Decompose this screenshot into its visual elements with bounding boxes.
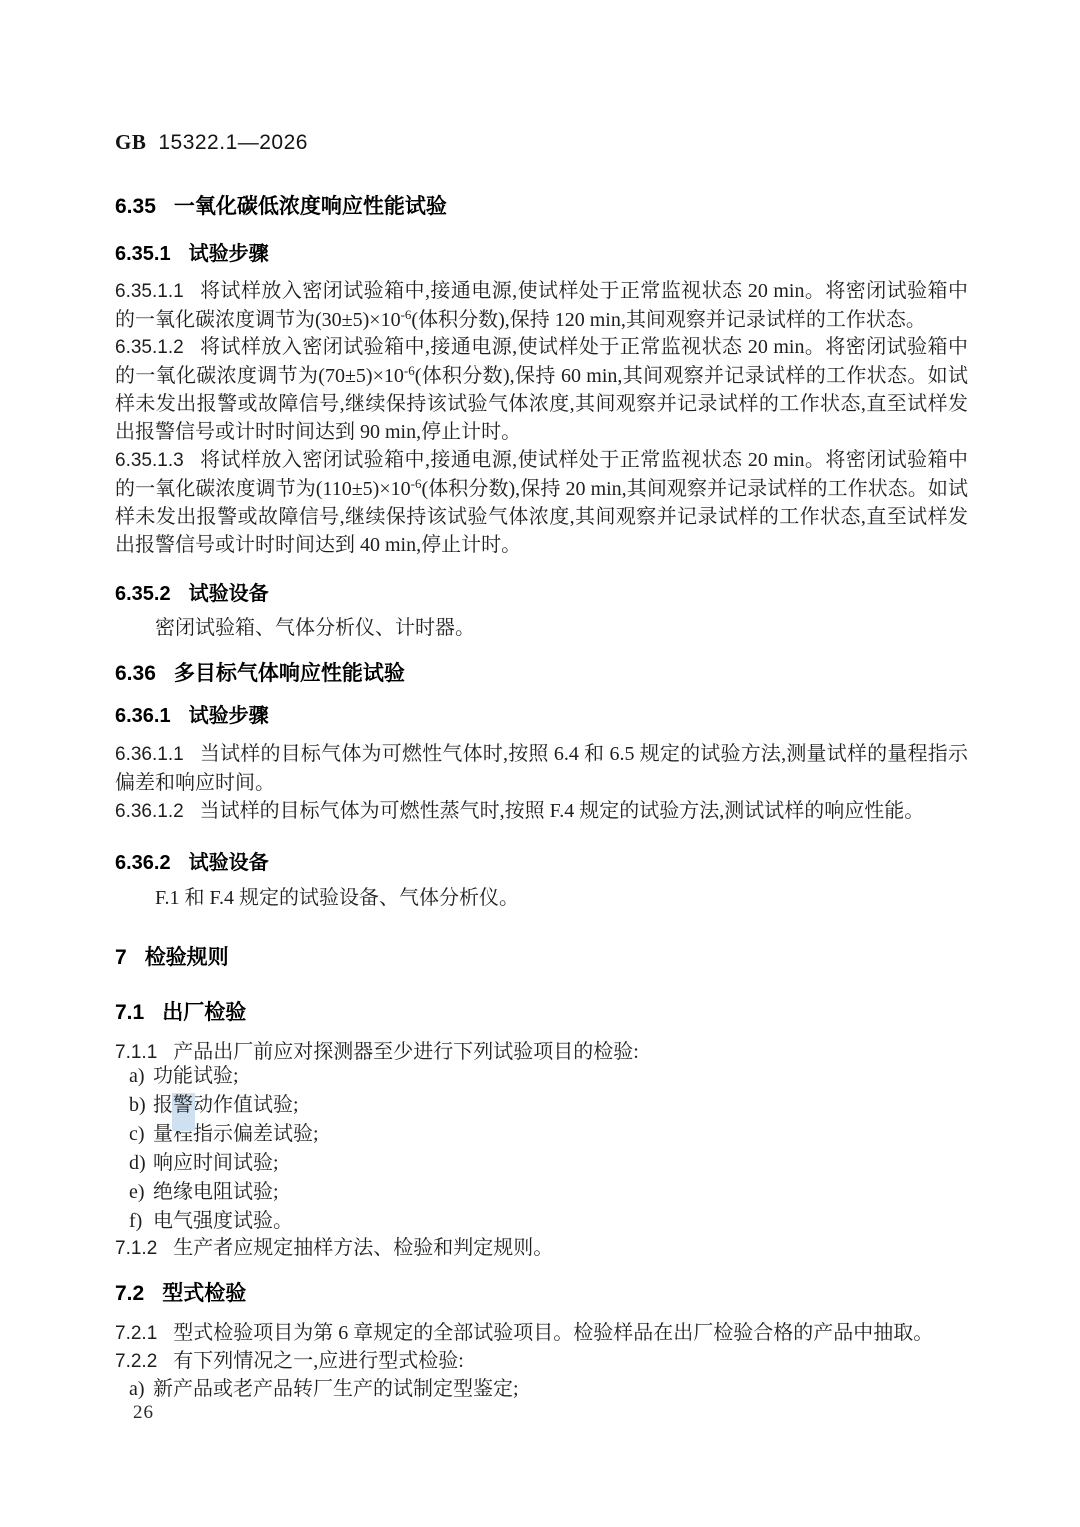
clause-text: 型式检验项目为第 6 章规定的全部试验项目。检验样品在出厂检验合格的产品中抽取。 xyxy=(173,1322,933,1344)
superscript-exponent: -6 xyxy=(404,363,415,378)
clause-title: 试验步骤 xyxy=(189,243,269,265)
list-item-e: e)绝缘电阻试验; xyxy=(115,1178,968,1207)
highlighted-character: 警 xyxy=(173,1094,193,1116)
doc-code-prefix: GB xyxy=(115,130,146,154)
clause-text: (体积分数),保持 120 min,其间观察并记录试样的工作状态。 xyxy=(411,309,925,331)
list-text: 绝缘电阻试验; xyxy=(153,1181,279,1203)
clause-number: 7.1.2 xyxy=(115,1238,157,1259)
list-marker: e) xyxy=(129,1178,153,1207)
clause-6-36-1-1: 6.36.1.1当试样的目标气体为可燃性气体时,按照 6.4 和 6.5 规定的… xyxy=(115,740,968,797)
clause-6-36-2-text: F.1 和 F.4 规定的试验设备、气体分析仪。 xyxy=(115,884,968,912)
clause-number: 7.2.2 xyxy=(115,1351,157,1372)
clause-number: 7.2 xyxy=(115,1282,144,1305)
list-marker: d) xyxy=(129,1149,153,1178)
clause-number: 6.36 xyxy=(115,662,156,685)
heading-7-2: 7.2型式检验 xyxy=(115,1277,968,1307)
clause-text: 当试样的目标气体为可燃性气体时,按照 6.4 和 6.5 规定的试验方法,测量试… xyxy=(115,743,968,794)
list-marker: b) xyxy=(129,1091,153,1120)
list-marker: f) xyxy=(129,1207,153,1236)
superscript-exponent: -6 xyxy=(401,307,412,322)
heading-6-36-2: 6.36.2试验设备 xyxy=(115,846,968,875)
clause-number: 6.36.1 xyxy=(115,705,171,727)
clause-text: 生产者应规定抽样方法、检验和判定规则。 xyxy=(173,1237,553,1259)
clause-7-2-1: 7.2.1型式检验项目为第 6 章规定的全部试验项目。检验样品在出厂检验合格的产… xyxy=(115,1319,968,1348)
clause-text: 有下列情况之一,应进行型式检验: xyxy=(173,1350,464,1372)
list-7-1-1: a)功能试验; b)报警动作值试验; c)量程指示偏差试验; d)响应时间试验;… xyxy=(115,1062,968,1236)
heading-6-35-2: 6.35.2试验设备 xyxy=(115,577,968,606)
clause-number: 6.35.1.3 xyxy=(115,450,184,471)
clause-text: F.1 和 F.4 规定的试验设备、气体分析仪。 xyxy=(155,887,519,909)
doc-code: GB15322.1—2026 xyxy=(115,130,968,155)
clause-title: 试验设备 xyxy=(189,852,269,874)
clause-number: 7 xyxy=(115,946,127,969)
list-marker: c) xyxy=(129,1120,153,1149)
list-text-pre: 报 xyxy=(153,1094,173,1116)
clause-title: 试验步骤 xyxy=(189,705,269,727)
clause-number: 6.36.2 xyxy=(115,852,171,874)
page-number: 26 xyxy=(133,1402,233,1424)
clause-number: 6.35.1.1 xyxy=(115,281,184,302)
list-item-a: a)功能试验; xyxy=(115,1062,968,1091)
clause-number: 7.1 xyxy=(115,1001,144,1024)
clause-title: 一氧化碳低浓度响应性能试验 xyxy=(174,195,447,218)
superscript-exponent: -6 xyxy=(411,476,422,491)
clause-number: 6.35.2 xyxy=(115,583,171,605)
clause-text: 密闭试验箱、气体分析仪、计时器。 xyxy=(155,617,475,639)
list-item-b: b)报警动作值试验; xyxy=(115,1091,968,1120)
clause-number: 7.2.1 xyxy=(115,1323,157,1344)
clause-number: 6.35 xyxy=(115,195,156,218)
heading-7: 7检验规则 xyxy=(115,941,968,971)
list-item-f: f)电气强度试验。 xyxy=(115,1207,968,1236)
clause-6-35-1-2: 6.35.1.2将试样放入密闭试验箱中,接通电源,使试样处于正常监视状态 20 … xyxy=(115,333,968,446)
heading-6-36: 6.36多目标气体响应性能试验 xyxy=(115,657,968,687)
list-text-post: 动作值试验; xyxy=(193,1094,299,1116)
clause-text: 当试样的目标气体为可燃性蒸气时,按照 F.4 规定的试验方法,测试试样的响应性能… xyxy=(200,800,925,822)
list-text: 响应时间试验; xyxy=(153,1152,279,1174)
list-text: 报警动作值试验; xyxy=(153,1094,299,1116)
clause-number: 6.35.1.2 xyxy=(115,337,184,358)
clause-6-35-1-1: 6.35.1.1将试样放入密闭试验箱中,接通电源,使试样处于正常监视状态 20 … xyxy=(115,277,968,334)
clause-6-36-1-2: 6.36.1.2当试样的目标气体为可燃性蒸气时,按照 F.4 规定的试验方法,测… xyxy=(115,797,968,826)
clause-number: 7.1.1 xyxy=(115,1042,157,1063)
clause-title: 试验设备 xyxy=(189,583,269,605)
clause-number: 6.35.1 xyxy=(115,243,171,265)
clause-title: 出厂检验 xyxy=(162,1001,246,1024)
clause-title: 多目标气体响应性能试验 xyxy=(174,662,405,685)
list-item-d: d)响应时间试验; xyxy=(115,1149,968,1178)
heading-6-35: 6.35一氧化碳低浓度响应性能试验 xyxy=(115,190,968,220)
clause-number: 6.36.1.1 xyxy=(115,744,184,765)
clause-number: 6.36.1.2 xyxy=(115,801,184,822)
list-text: 电气强度试验。 xyxy=(153,1210,293,1232)
clause-6-35-1-3: 6.35.1.3将试样放入密闭试验箱中,接通电源,使试样处于正常监视状态 20 … xyxy=(115,446,968,559)
clause-title: 型式检验 xyxy=(162,1282,246,1305)
list-text: 新产品或老产品转厂生产的试制定型鉴定; xyxy=(153,1378,519,1400)
doc-code-number: 15322.1—2026 xyxy=(158,131,308,154)
list-marker: a) xyxy=(129,1375,153,1404)
clause-text: 产品出厂前应对探测器至少进行下列试验项目的检验: xyxy=(173,1041,639,1063)
list-item-c: c)量程指示偏差试验; xyxy=(115,1120,968,1149)
list-item-7-2-2-a: a)新产品或老产品转厂生产的试制定型鉴定; xyxy=(115,1375,968,1404)
clause-title: 检验规则 xyxy=(145,946,229,969)
list-marker: a) xyxy=(129,1062,153,1091)
document-page: GB15322.1—2026 6.35一氧化碳低浓度响应性能试验 6.35.1试… xyxy=(0,0,1080,1527)
list-text: 功能试验; xyxy=(153,1065,239,1087)
clause-7-2-2: 7.2.2有下列情况之一,应进行型式检验: xyxy=(115,1347,968,1376)
heading-6-36-1: 6.36.1试验步骤 xyxy=(115,699,968,728)
heading-7-1: 7.1出厂检验 xyxy=(115,996,968,1026)
clause-6-35-2-text: 密闭试验箱、气体分析仪、计时器。 xyxy=(115,614,968,642)
heading-6-35-1: 6.35.1试验步骤 xyxy=(115,237,968,266)
clause-7-1-2: 7.1.2生产者应规定抽样方法、检验和判定规则。 xyxy=(115,1234,968,1263)
